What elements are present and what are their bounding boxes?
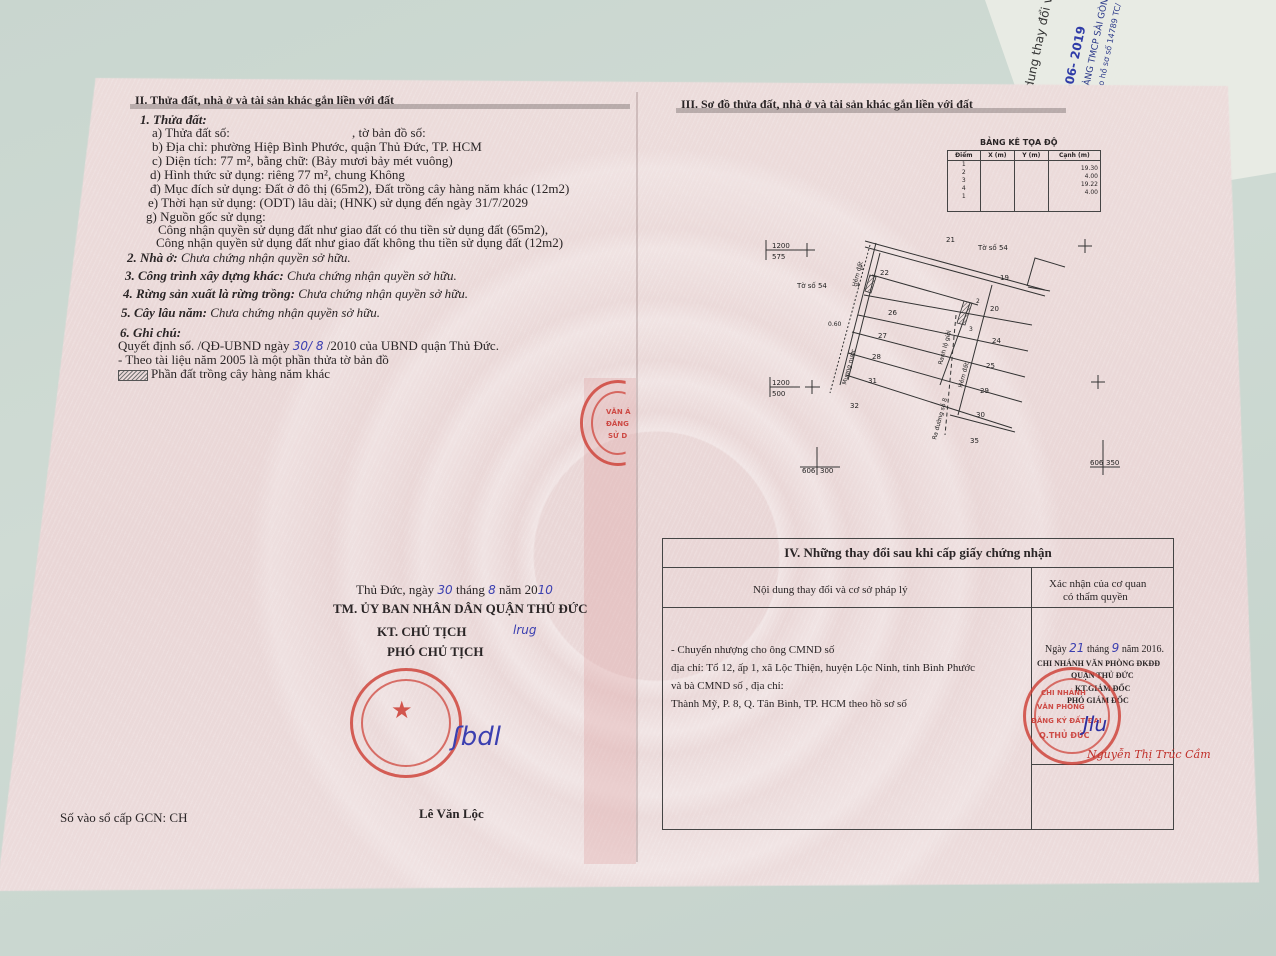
notes-legend: Phần đất trồng cây hàng năm khác xyxy=(118,366,330,381)
notes-document: - Theo tài liệu năm 2005 là một phần thử… xyxy=(118,352,389,367)
coord-edges: 19.304.0019.224.00 xyxy=(1048,161,1100,212)
svg-text:3: 3 xyxy=(969,326,973,333)
confirm-date: Ngày 21 tháng 9 năm 2016. xyxy=(1045,641,1164,657)
coord-table-title: BẢNG KÊ TỌA ĐỘ xyxy=(980,138,1058,147)
coord-header: Cạnh (m) xyxy=(1048,151,1100,161)
forest-item: 4. Rừng sản xuất là rừng trồng: Chưa chứ… xyxy=(123,286,468,301)
parcel-number-label: 29 xyxy=(980,387,989,395)
col-confirm-2: có thẩm quyền xyxy=(1063,590,1128,605)
page-fold xyxy=(636,92,638,862)
coord-header: X (m) xyxy=(980,151,1014,161)
parcel-address: b) Địa chỉ: phường Hiệp Bình Phước, quận… xyxy=(152,139,482,154)
svg-text:350: 350 xyxy=(1106,459,1119,467)
section-ii-title: II. Thửa đất, nhà ở và tài sản khác gắn … xyxy=(135,93,394,108)
svg-text:0.60: 0.60 xyxy=(828,321,842,328)
parcel-number: a) Thửa đất số: xyxy=(152,125,230,140)
section-iv-title: IV. Những thay đổi sau khi cấp giấy chứn… xyxy=(663,539,1173,568)
parcel-usage-form: d) Hình thức sử dụng: riêng 77 m², chung… xyxy=(150,167,405,182)
register-number: Số vào sổ cấp GCN: CH xyxy=(60,810,187,825)
coord-points: 12341 xyxy=(948,161,981,212)
house-item: 2. Nhà ở: Chưa chứng nhận quyền sở hữu. xyxy=(127,250,351,265)
svg-text:606: 606 xyxy=(802,467,816,475)
svg-text:Ranh lộ giới: Ranh lộ giới xyxy=(937,329,953,365)
signer-name: Lê Văn Lộc xyxy=(419,806,484,821)
svg-text:500: 500 xyxy=(772,390,785,398)
parcel-number-label: 28 xyxy=(872,353,881,361)
parcel-number-label: 21 xyxy=(946,236,955,244)
parcel-number-label: 26 xyxy=(888,309,897,317)
star-emblem-icon: ★ xyxy=(391,699,413,723)
parcel-map: 1200575 1200500 606300 606350 Tờ số 54 T… xyxy=(760,225,1120,485)
parcel-number-label: 30 xyxy=(976,411,985,419)
sheet-label: Tờ số 54 xyxy=(796,282,827,290)
parcel-number-label: 19 xyxy=(1000,274,1009,282)
section-iv-table: IV. Những thay đổi sau khi cấp giấy chứn… xyxy=(662,538,1174,830)
svg-text:2: 2 xyxy=(976,298,980,305)
svg-text:4: 4 xyxy=(856,282,860,289)
parcel-origin-2: Công nhận quyền sử dụng đất như giao đất… xyxy=(156,235,563,250)
coord-header: Y (m) xyxy=(1014,151,1048,161)
coordinate-table: Điểm X (m) Y (m) Cạnh (m) 12341 19.304.0… xyxy=(947,150,1101,212)
parcel-number-label: 25 xyxy=(986,362,995,370)
change-entry-line: địa chỉ: Tổ 12, ấp 1, xã Lộc Thiện, huyệ… xyxy=(671,661,975,676)
signer-role-1: KT. CHỦ TỊCH xyxy=(377,624,466,639)
change-entry-line: Thành Mỹ, P. 8, Q. Tân Bình, TP. HCM the… xyxy=(671,697,907,712)
parcel-number-label: 22 xyxy=(880,269,889,277)
change-entry-line: - Chuyển nhượng cho ông CMND số xyxy=(671,643,834,658)
svg-text:1200: 1200 xyxy=(772,242,790,250)
initial-signature: lrug xyxy=(513,623,537,638)
coord-y xyxy=(1014,161,1048,212)
parcel-area: c) Diện tích: 77 m², bằng chữ: (Bảy mươi… xyxy=(152,153,453,168)
center-stamp-line: VĂN Á xyxy=(606,408,631,416)
coord-x xyxy=(980,161,1014,212)
parcel-number-label: 32 xyxy=(850,402,859,410)
hatch-legend-icon xyxy=(118,370,148,381)
parcel-number-label: 31 xyxy=(868,377,877,385)
sheet-label: Tờ số 54 xyxy=(977,244,1008,252)
confirm-signer-name: Nguyễn Thị Trúc Cầm xyxy=(1087,747,1211,762)
svg-text:Mương nước: Mương nước xyxy=(841,348,857,385)
parcel-number-label: 35 xyxy=(970,437,979,445)
coord-header: Điểm xyxy=(948,151,981,161)
svg-text:300: 300 xyxy=(820,467,833,475)
parcel-usage-purpose: đ) Mục đích sử dụng: Đất ở đô thị (65m2)… xyxy=(150,181,569,196)
office-stamp-line: VĂN PHÒNG xyxy=(1037,703,1085,711)
other-construction-item: 3. Công trình xây dựng khác: Chưa chứng … xyxy=(125,268,457,283)
center-stamp-line: SỬ D xyxy=(608,432,627,440)
perennial-item: 5. Cây lâu năm: Chưa chứng nhận quyền sở… xyxy=(121,305,380,320)
office-stamp-line: CHI NHÁNH xyxy=(1041,689,1086,697)
district-seal-stamp: ★ xyxy=(350,668,462,778)
issue-date: Thủ Đức, ngày 30 tháng 8 năm 2010 xyxy=(356,582,553,598)
section-iii-title: III. Sơ đồ thửa đất, nhà ở và tài sản kh… xyxy=(681,97,973,112)
signer-role-2: PHÓ CHỦ TỊCH xyxy=(387,644,484,659)
col-change-content: Nội dung thay đổi và cơ sở pháp lý xyxy=(753,583,908,598)
issuing-authority: TM. ỦY BAN NHÂN DÂN QUẬN THỦ ĐỨC xyxy=(333,601,587,616)
center-stamp-line: ĐĂNG xyxy=(606,420,629,428)
svg-text:575: 575 xyxy=(772,253,785,261)
parcel-number-label: 24 xyxy=(992,337,1001,345)
map-sheet-number: , tờ bản đồ số: xyxy=(352,125,426,140)
chairman-signature: ʃbdl xyxy=(452,722,501,752)
svg-text:606: 606 xyxy=(1090,459,1104,467)
parcel-number-label: 20 xyxy=(990,305,999,313)
svg-text:1: 1 xyxy=(860,265,864,272)
parcel-number-label: 27 xyxy=(878,332,887,340)
office-stamp-line: Q.THỦ ĐỨC xyxy=(1039,731,1090,740)
deputy-signature: Jlu xyxy=(1083,717,1107,732)
parcel-usage-term: e) Thời hạn sử dụng: (ODT) lâu dài; (HNK… xyxy=(148,195,528,210)
change-entry-line: và bà CMND số , địa chỉ: xyxy=(671,679,784,694)
svg-text:1200: 1200 xyxy=(772,379,790,387)
